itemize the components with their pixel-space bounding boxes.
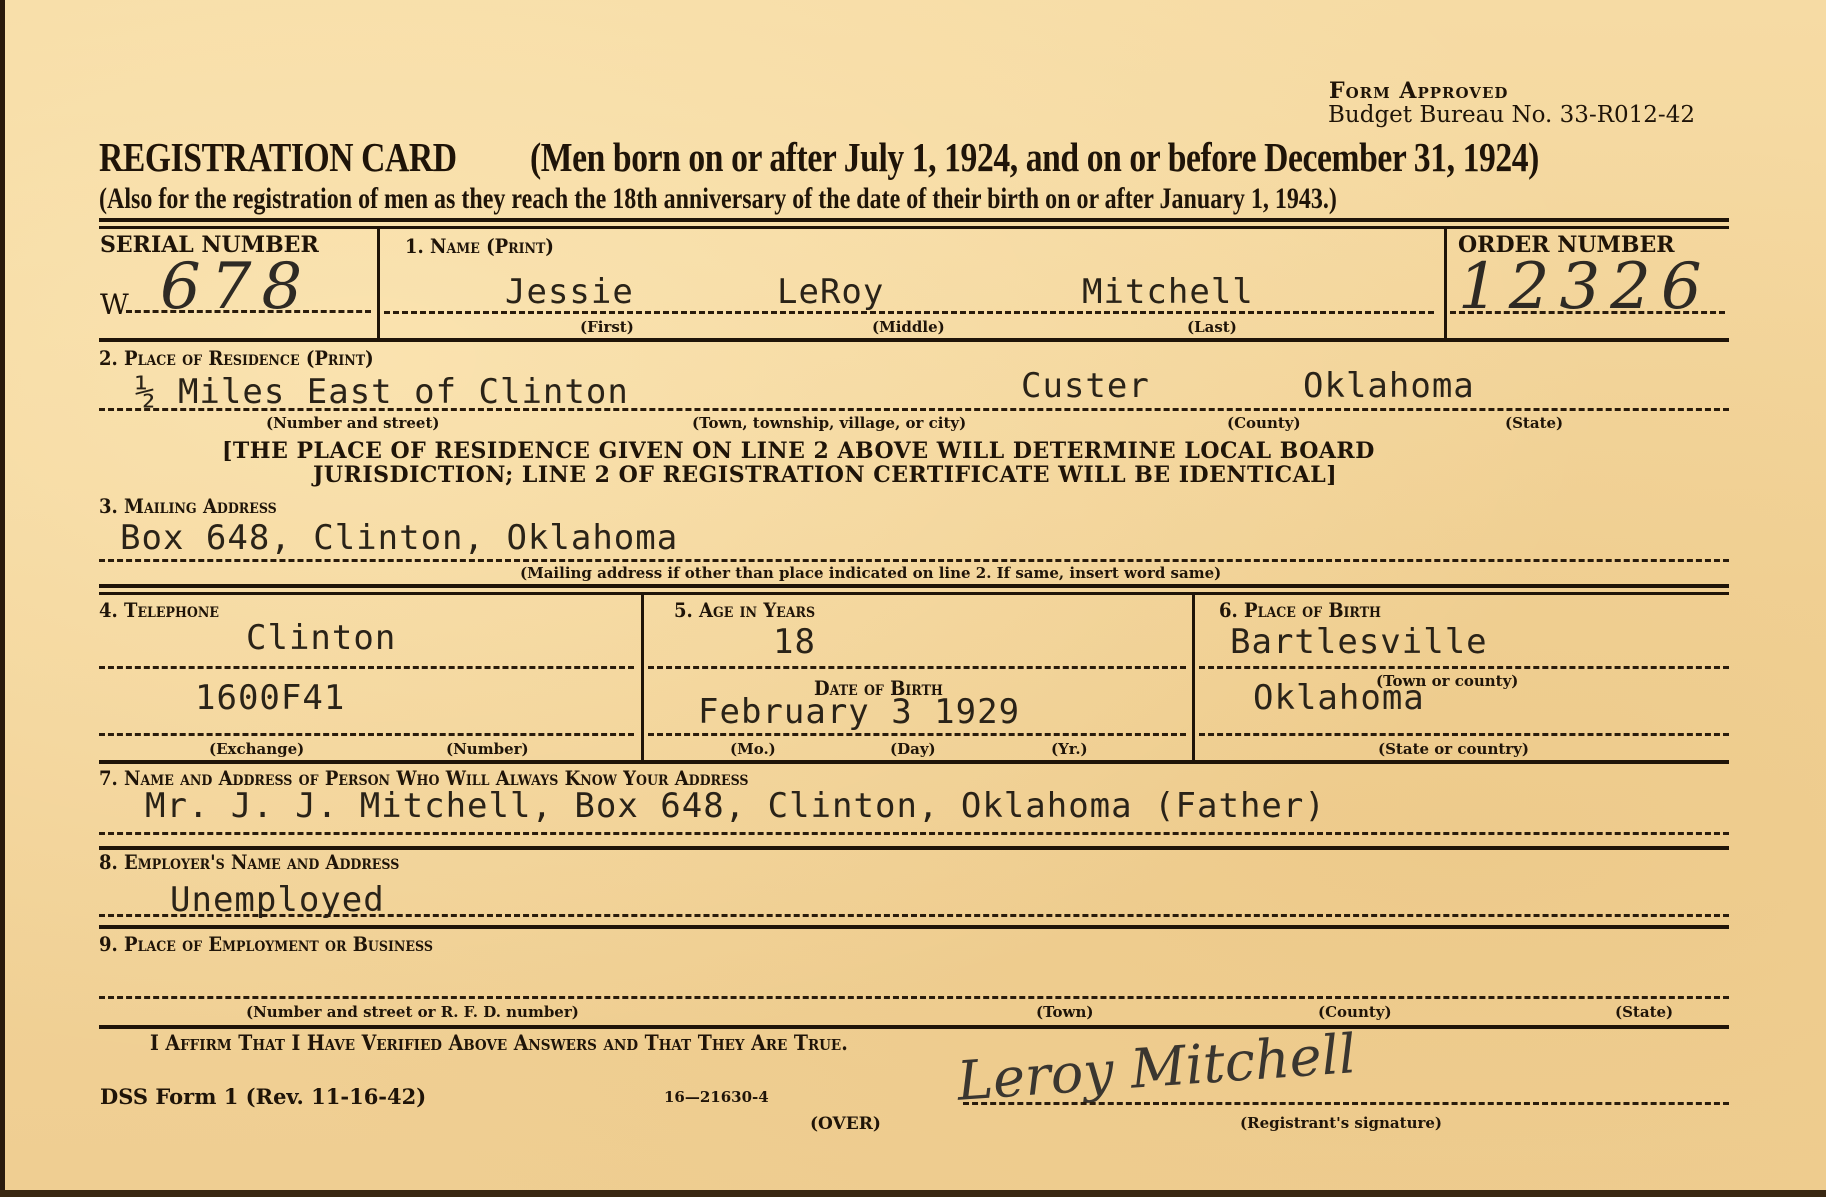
residence-street-value: ½ Miles East of Clinton <box>135 372 629 412</box>
caption-month: (Mo.) <box>730 740 776 758</box>
birthplace-underline-2 <box>1199 733 1729 736</box>
caption-street-rfd: (Number and street or R. F. D. number) <box>246 1003 579 1021</box>
card-edge-bottom <box>0 1190 1826 1197</box>
first-name-value: Jessie <box>505 272 634 312</box>
dob-underline <box>648 733 1186 736</box>
caption-street: (Number and street) <box>266 414 439 432</box>
residence-state-value: Oklahoma <box>1303 366 1475 406</box>
residence-county-value: Custer <box>1021 366 1150 406</box>
age-label: 5. Age in Years <box>674 598 815 622</box>
birthplace-state-value: Oklahoma <box>1253 678 1425 718</box>
divider <box>99 338 1729 342</box>
age-underline <box>648 666 1186 669</box>
divider-vertical <box>377 228 380 338</box>
employer-underline <box>99 914 1729 917</box>
form-approved-label: Form Approved <box>1329 78 1508 104</box>
divider <box>99 218 1729 222</box>
mailing-caption: (Mailing address if other than place ind… <box>520 564 1221 582</box>
caption-last: (Last) <box>1187 318 1237 336</box>
birthplace-label: 6. Place of Birth <box>1219 598 1381 622</box>
employer-label: 8. Employer's Name and Address <box>99 850 399 874</box>
divider-vertical <box>1192 594 1195 760</box>
budget-bureau-number: Budget Bureau No. 33-R012-42 <box>1328 102 1695 128</box>
divider <box>99 925 1729 929</box>
contact-person-value: Mr. J. J. Mitchell, Box 648, Clinton, Ok… <box>145 786 1326 826</box>
middle-name-value: LeRoy <box>777 272 884 312</box>
signature-caption: (Registrant's signature) <box>1240 1114 1442 1132</box>
caption-state: (State) <box>1505 414 1563 432</box>
caption-state: (State) <box>1615 1003 1673 1021</box>
over-note: (OVER) <box>810 1114 881 1134</box>
caption-state-or-country: (State or country) <box>1378 740 1529 758</box>
serial-underline <box>126 310 371 313</box>
divider-vertical <box>1444 228 1447 338</box>
registrant-signature: Leroy Mitchell <box>955 1022 1358 1113</box>
residence-label: 2. Place of Residence (Print) <box>99 346 374 370</box>
telephone-label: 4. Telephone <box>99 598 219 622</box>
caption-town: (Town, township, village, or city) <box>692 414 966 432</box>
age-value: 18 <box>773 622 816 662</box>
caption-county: (County) <box>1227 414 1301 432</box>
print-code: 16—21630-4 <box>664 1088 769 1106</box>
divider <box>99 584 1729 588</box>
caption-county: (County) <box>1318 1003 1392 1021</box>
employment-underline <box>99 996 1729 999</box>
caption-number: (Number) <box>446 740 529 758</box>
card-title-qualifier: (Men born on or after July 1, 1924, and … <box>530 133 1539 181</box>
caption-first: (First) <box>580 318 634 336</box>
residence-notice-line2: JURISDICTION; LINE 2 OF REGISTRATION CER… <box>313 462 1337 488</box>
card-edge-left <box>0 0 5 1197</box>
affirmation-text: I Affirm That I Have Verified Above Answ… <box>150 1030 848 1055</box>
caption-day: (Day) <box>890 740 936 758</box>
form-id: DSS Form 1 (Rev. 11-16-42) <box>100 1084 426 1109</box>
divider <box>99 226 1729 229</box>
last-name-value: Mitchell <box>1082 272 1254 312</box>
serial-prefix: W <box>100 288 129 321</box>
telephone-underline-1 <box>99 666 634 669</box>
registration-card: Form Approved Budget Bureau No. 33-R012-… <box>0 0 1826 1197</box>
residence-underline <box>99 408 1729 411</box>
caption-exchange: (Exchange) <box>209 740 304 758</box>
name-label: 1. Name (Print) <box>405 234 554 258</box>
date-of-birth-value: February 3 1929 <box>698 692 1020 732</box>
residence-notice-line1: [THE PLACE OF RESIDENCE GIVEN ON LINE 2 … <box>222 438 1375 464</box>
employment-place-label: 9. Place of Employment or Business <box>99 932 433 956</box>
mailing-address-value: Box 648, Clinton, Oklahoma <box>120 518 678 558</box>
divider <box>99 592 1729 595</box>
contact-underline <box>99 832 1729 835</box>
caption-town: (Town) <box>1036 1003 1093 1021</box>
telephone-exchange-value: Clinton <box>246 618 396 658</box>
caption-year: (Yr.) <box>1051 740 1088 758</box>
divider <box>99 1025 1729 1029</box>
caption-middle: (Middle) <box>872 318 945 336</box>
card-subtitle: (Also for the registration of men as the… <box>99 182 1337 216</box>
order-underline <box>1450 311 1725 314</box>
card-title: REGISTRATION CARD <box>99 133 457 181</box>
mailing-address-label: 3. Mailing Address <box>99 494 277 518</box>
birthplace-underline-1 <box>1199 666 1729 669</box>
mailing-underline <box>99 559 1729 562</box>
name-underline <box>384 311 1434 314</box>
telephone-underline-2 <box>99 733 634 736</box>
divider <box>99 760 1729 764</box>
birthplace-town-value: Bartlesville <box>1230 622 1488 662</box>
signature-underline <box>963 1102 1729 1105</box>
divider-vertical <box>641 594 644 760</box>
telephone-number-value: 1600F41 <box>195 678 345 718</box>
